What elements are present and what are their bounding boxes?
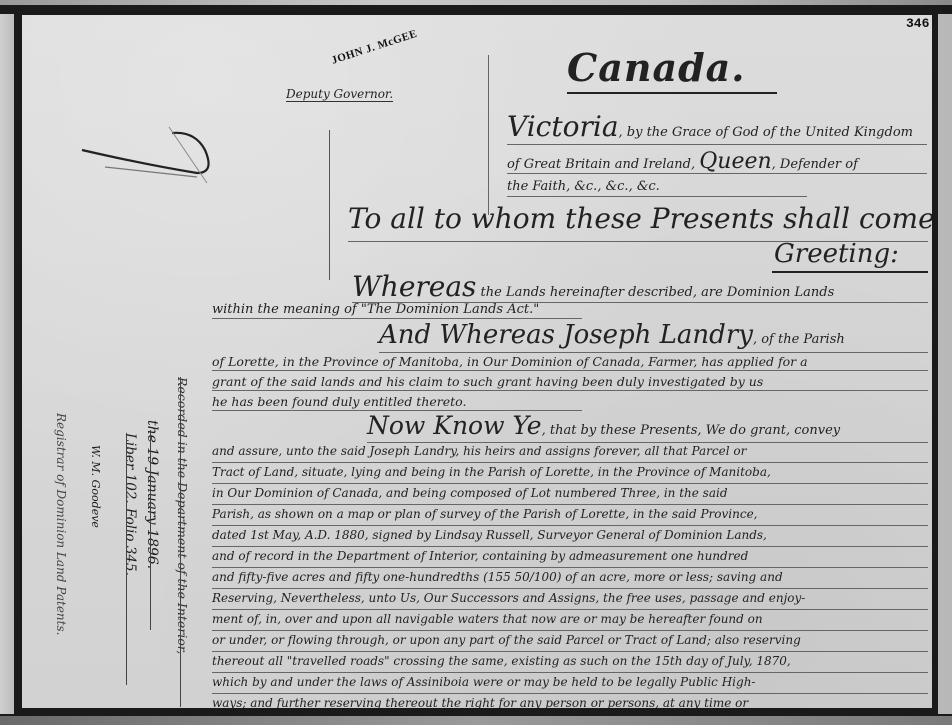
grantee-name: And Whereas Joseph Landry — [379, 320, 753, 350]
body-line: and fifty-five acres and fifty one-hundr… — [212, 570, 783, 584]
heading-underline — [567, 92, 777, 94]
vertical-rule-left — [329, 130, 330, 280]
margin-recorded-note: Recorded in the Department of the Interi… — [175, 377, 190, 654]
and-whereas-line-1: And Whereas Joseph Landry, of the Parish — [379, 320, 845, 350]
page-number: 346 — [906, 16, 929, 31]
signature-flourish-icon — [77, 125, 217, 185]
address-line: To all to whom these Presents shall come… — [348, 202, 932, 235]
scan-edge-left — [0, 14, 14, 714]
queen-title: Queen — [699, 149, 771, 174]
body-line: he has been found duly entitled thereto. — [212, 394, 466, 409]
scan-edge-top — [0, 0, 952, 5]
body-line: Parish, as shown on a map or plan of sur… — [212, 507, 757, 521]
sovereign-name: Victoria — [507, 110, 619, 143]
margin-date: the 19 January 1896. — [144, 420, 160, 569]
body-line: and of record in the Department of Inter… — [212, 549, 748, 563]
deputy-governor-title: Deputy Governor. — [286, 87, 393, 102]
scan-edge-bottom — [0, 716, 952, 725]
body-line: or under, or flowing through, or upon an… — [212, 633, 801, 647]
margin-registrar: Registrar of Dominion Land Patents. — [54, 413, 68, 635]
body-line: Reserving, Nevertheless, unto Us, Our Su… — [212, 591, 805, 605]
greeting: Greeting: — [774, 239, 899, 269]
whereas-line-1: Whereas the Lands hereinafter described,… — [352, 270, 834, 303]
document-heading: Canada. — [567, 45, 746, 90]
vertical-rule — [488, 55, 489, 215]
body-line: dated 1st May, A.D. 1880, signed by Lind… — [212, 528, 767, 542]
body-line: in Our Dominion of Canada, and being com… — [212, 486, 728, 500]
scanned-document-viewer: 346 JOHN J. McGEE Deputy Governor. Canad… — [0, 0, 952, 725]
preamble-line-1: Victoria, by the Grace of God of the Uni… — [507, 110, 913, 143]
body-line: thereout all "travelled roads" crossing … — [212, 654, 791, 668]
margin-signature: W. M. Goodeve — [89, 445, 102, 528]
body-line: of Lorette, in the Province of Manitoba,… — [212, 354, 808, 369]
body-line: which by and under the laws of Assiniboi… — [212, 675, 756, 689]
scan-edge-right — [938, 14, 952, 714]
body-line: grant of the said lands and his claim to… — [212, 374, 763, 389]
letters-patent-page: 346 JOHN J. McGEE Deputy Governor. Canad… — [22, 15, 932, 708]
body-line: ways; and further reserving thereout the… — [212, 696, 748, 708]
now-know-ye-line: Now Know Ye, that by these Presents, We … — [367, 411, 840, 440]
preamble-line-3: the Faith, &c., &c., &c. — [507, 179, 660, 194]
margin-liber-folio: Liber 102. Folio 345. — [122, 433, 138, 576]
body-line: and assure, unto the said Joseph Landry,… — [212, 444, 746, 458]
body-line: Tract of Land, situate, lying and being … — [212, 465, 771, 479]
preamble-line-2: of Great Britain and Ireland, Queen, Def… — [507, 149, 858, 174]
whereas-line-2: within the meaning of "The Dominion Land… — [212, 302, 539, 317]
signatory-stamp: JOHN J. McGEE — [330, 28, 419, 67]
body-line: ment of, in, over and upon all navigable… — [212, 612, 763, 626]
